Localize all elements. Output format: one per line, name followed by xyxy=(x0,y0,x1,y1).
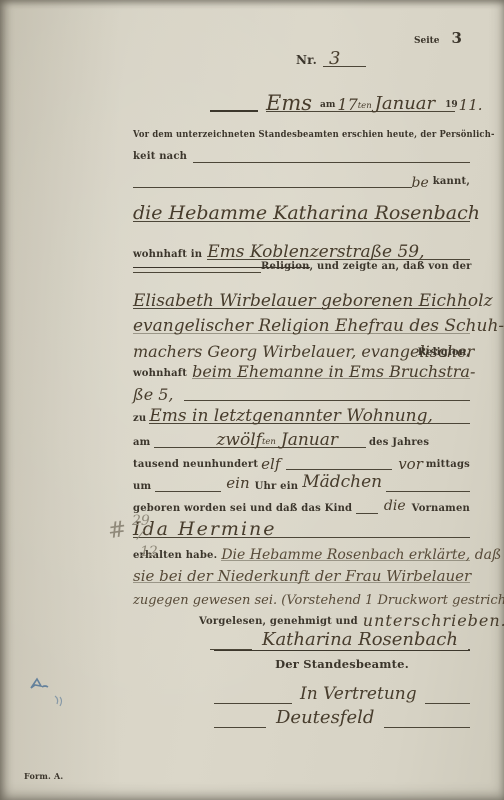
standesbeamte-line: Der Standesbeamte. xyxy=(214,658,470,670)
blank-rule xyxy=(384,727,470,728)
mother-line-2: evangelischer Religion Ehefrau des Schuh… xyxy=(133,307,470,334)
nr-label: Nr. xyxy=(296,54,317,67)
blue-stamp-mark-1 xyxy=(28,676,54,692)
blue-stamp-mark-2 xyxy=(52,693,66,709)
bekannt-line: be kannt, xyxy=(133,176,470,188)
birth-time-line: um ein Uhr ein Mädchen xyxy=(133,467,470,492)
struck-religion-field: Religion xyxy=(133,262,310,273)
blank-rule xyxy=(205,187,412,188)
handwritten-entry: Ems Koblenzerstraße 59, xyxy=(207,244,424,262)
year-printed: 19 xyxy=(445,101,458,110)
pencil-cross-mark: # xyxy=(106,517,128,544)
blank-rule xyxy=(133,187,205,188)
wohnhaft-in-label: wohnhaft in xyxy=(133,250,202,261)
dateline-month: Januar xyxy=(375,95,435,114)
record-number-value: 3 xyxy=(323,50,340,69)
dateline-day: 17 xyxy=(337,97,357,114)
form-imprint: Form. A. xyxy=(24,764,63,783)
blank-rule xyxy=(210,110,258,112)
dateline-place: Ems xyxy=(266,92,312,114)
declarant-signature: Katharina Rosenbach xyxy=(262,631,458,650)
blank-rule xyxy=(133,272,261,273)
printed-text: , und zeigte an, daß von der xyxy=(310,262,472,273)
year-written: 11. xyxy=(459,98,483,114)
blank-rule xyxy=(214,727,266,728)
religion-struck-line: Religion , und zeigte an, daß von der xyxy=(133,262,470,273)
scanned-birth-record-page: Seite 3 Nr. 3 Ems am 17 ten Januar 19 11… xyxy=(0,0,504,800)
declarant-line: die Hebamme Katharina Rosenbach xyxy=(133,192,470,222)
mother-line-1: Elisabeth Wirbelauer geborenen Eichholz xyxy=(133,282,470,309)
blank-rule xyxy=(193,162,470,163)
standesbeamte-label: Der Standesbeamte. xyxy=(275,658,409,670)
page-header: Seite 3 xyxy=(414,29,462,47)
pencil-number-top: 29 xyxy=(132,513,150,529)
official-signature: Deutesfeld xyxy=(276,709,374,728)
family-residence-line-1: wohnhaft beim Ehemanne in Ems Bruchstra- xyxy=(133,353,470,379)
am-label: am xyxy=(320,101,335,110)
birth-place-line: zu Ems in letztgenannter Wohnung, xyxy=(133,398,470,424)
intro-line-2: keit nach xyxy=(133,152,470,163)
pencil-number-bottom: 12 xyxy=(140,544,158,560)
seite-label: Seite xyxy=(414,36,440,46)
handwritten-entry: be xyxy=(412,176,429,191)
declarant-name: die Hebamme Katharina Rosenbach xyxy=(133,204,480,224)
printed-text: Vor dem unterzeichneten Standesbeamten e… xyxy=(133,130,495,140)
declarant-residence-line: wohnhaft in Ems Koblenzerstraße 59, xyxy=(133,234,470,260)
section-divider xyxy=(214,650,470,651)
dateline-day-suffix: ten xyxy=(358,102,372,111)
printed-text: keit nach xyxy=(133,152,187,163)
intro-line-1: Vor dem unterzeichneten Standesbeamten e… xyxy=(133,130,470,140)
form-label: Form. A. xyxy=(24,771,63,781)
religion-struck-label: Religion xyxy=(261,262,310,273)
official-signature-line: Deutesfeld xyxy=(214,700,470,728)
printed-text: kannt, xyxy=(433,177,470,188)
child-names-line: Ida Hermine xyxy=(133,509,470,538)
dateline: Ems am 17 ten Januar 19 11. xyxy=(210,84,455,112)
page-number: 3 xyxy=(452,29,463,47)
record-number-line: Nr. 3 xyxy=(296,50,366,67)
declarant-signature-line: Katharina Rosenbach xyxy=(210,622,470,650)
